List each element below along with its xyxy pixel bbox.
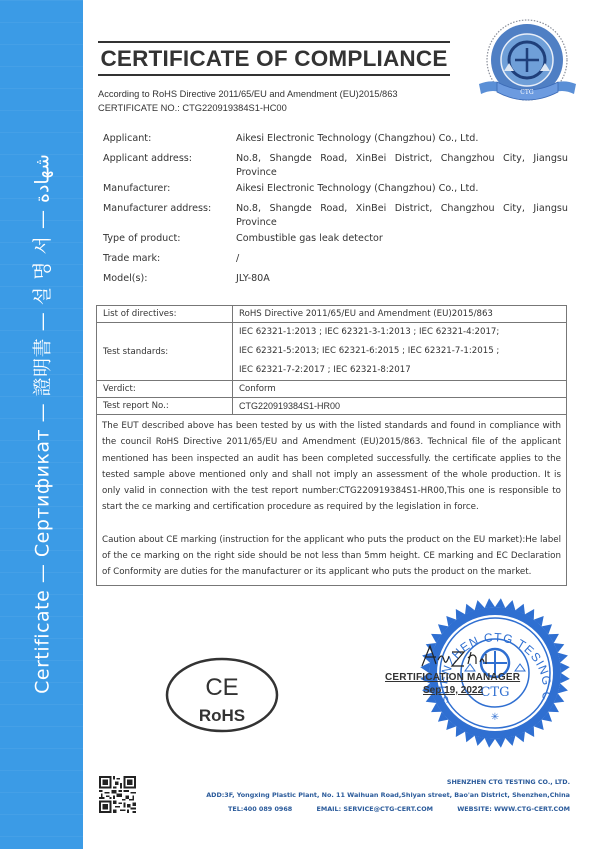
manufacturer-address-line2: Province <box>236 217 277 228</box>
applicant-address-label: Applicant address: <box>103 152 236 180</box>
ctg-certification-seal-icon: CTG <box>475 18 580 113</box>
standard-line: IEC 62321-5:2013; IEC 62321-6:2015 ; IEC… <box>239 342 560 361</box>
product-type-value: Combustible gas leak detector <box>236 232 568 246</box>
signature-icon <box>418 640 498 670</box>
model-label: Model(s): <box>103 272 236 286</box>
ce-caution-statement: Caution about CE marking (instruction fo… <box>102 532 561 581</box>
footer-website[interactable]: WEBSITE: WWW.CTG-CERT.COM <box>457 805 570 813</box>
svg-text:✳: ✳ <box>491 712 499 723</box>
standard-line: IEC 62321-1:2013 ; IEC 62321-3-1:2013 ; … <box>239 323 560 342</box>
footer-tel: TEL:400 089 0968 <box>228 805 292 813</box>
model-value: JLY-80A <box>236 272 568 286</box>
footer-company: SHENZHEN CTG TESTING CO., LTD. <box>447 778 570 786</box>
according-to-line: According to RoHS Directive 2011/65/EU a… <box>98 89 398 99</box>
trade-mark-row: Trade mark: / <box>103 252 568 266</box>
footer-email[interactable]: EMAIL: SERVICE@CTG-CERT.COM <box>317 805 434 813</box>
ce-rohs-mark-icon: CE RoHS <box>163 655 281 735</box>
qr-code-icon <box>99 776 136 813</box>
verdict-row: Verdict: Conform <box>97 381 566 398</box>
report-label: Test report No.: <box>97 398 233 414</box>
title-rule-bottom <box>98 74 450 76</box>
verdict-value: Conform <box>233 381 566 397</box>
svg-text:CTG: CTG <box>480 685 509 700</box>
product-type-row: Type of product: Combustible gas leak de… <box>103 232 568 246</box>
manufacturer-value: Aikesi Electronic Technology (Changzhou)… <box>236 182 568 196</box>
verdict-label: Verdict: <box>97 381 233 397</box>
svg-text:CE: CE <box>205 674 238 701</box>
side-banner: Certificate — Сертификат — 證明書 — 설 명 서 —… <box>0 0 83 849</box>
trade-mark-label: Trade mark: <box>103 252 236 266</box>
model-row: Model(s): JLY-80A <box>103 272 568 286</box>
certificate-number: CERTIFICATE NO.: CTG220919384S1-HC00 <box>98 103 287 113</box>
directives-value: RoHS Directive 2011/65/EU and Amendment … <box>233 306 566 322</box>
applicant-row: Applicant: Aikesi Electronic Technology … <box>103 132 568 146</box>
report-row: Test report No.: CTG220919384S1-HR00 <box>97 398 566 415</box>
applicant-value: Aikesi Electronic Technology (Changzhou)… <box>236 132 568 146</box>
certificate-details: Applicant: Aikesi Electronic Technology … <box>103 132 568 292</box>
manufacturer-address-row: Manufacturer address: No.8, Shangde Road… <box>103 202 568 230</box>
certification-manager-title: CERTIFICATION MANAGER <box>385 672 520 683</box>
compliance-statement: The EUT described above has been tested … <box>102 418 561 516</box>
manufacturer-address-label: Manufacturer address: <box>103 202 236 230</box>
standards-row: Test standards: IEC 62321-1:2013 ; IEC 6… <box>97 323 566 381</box>
applicant-address-line1: No.8, Shangde Road, XinBei District, Cha… <box>236 152 568 166</box>
manufacturer-row: Manufacturer: Aikesi Electronic Technolo… <box>103 182 568 196</box>
compliance-table: List of directives: RoHS Directive 2011/… <box>96 305 567 586</box>
applicant-address-line2: Province <box>236 167 277 178</box>
manufacturer-label: Manufacturer: <box>103 182 236 196</box>
standards-list: IEC 62321-1:2013 ; IEC 62321-3-1:2013 ; … <box>233 323 566 380</box>
standards-label: Test standards: <box>97 323 233 380</box>
side-banner-text: Certificate — Сертификат — 證明書 — 설 명 서 —… <box>28 154 55 694</box>
footer-contacts: TEL:400 089 0968 EMAIL: SERVICE@CTG-CERT… <box>228 805 570 813</box>
standard-line: IEC 62321-7-2:2017 ; IEC 62321-8:2017 <box>239 361 560 380</box>
statement-block: The EUT described above has been tested … <box>97 415 566 585</box>
trade-mark-value: / <box>236 252 568 266</box>
report-value: CTG220919384S1-HR00 <box>233 398 566 414</box>
applicant-label: Applicant: <box>103 132 236 146</box>
applicant-address-row: Applicant address: No.8, Shangde Road, X… <box>103 152 568 180</box>
signoff-date: Sep 19, 2022 <box>423 685 483 696</box>
directives-row: List of directives: RoHS Directive 2011/… <box>97 306 566 323</box>
manufacturer-address-line1: No.8, Shangde Road, XinBei District, Cha… <box>236 202 568 216</box>
footer-address: ADD:3F, Yongxing Plastic Plant, No. 11 W… <box>206 791 570 799</box>
page-title: CERTIFICATE OF COMPLIANCE <box>98 43 450 74</box>
directives-label: List of directives: <box>97 306 233 322</box>
svg-text:RoHS: RoHS <box>199 706 245 725</box>
title-block: CERTIFICATE OF COMPLIANCE <box>98 41 450 76</box>
svg-text:CTG: CTG <box>520 89 534 96</box>
product-type-label: Type of product: <box>103 232 236 246</box>
